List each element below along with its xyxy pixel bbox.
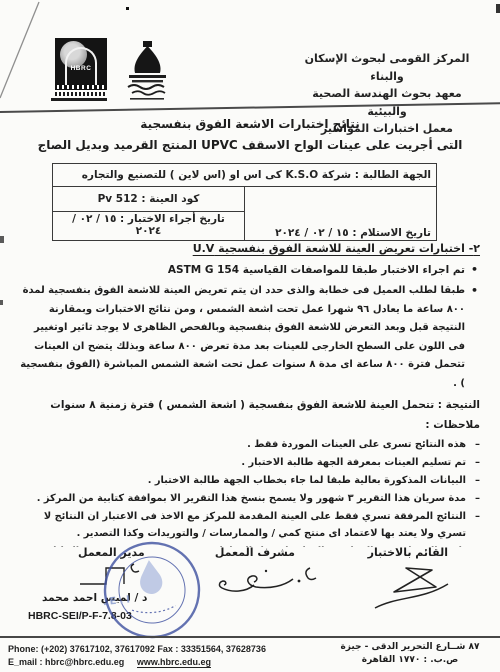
list-item: النتائج المرفقة تسري فقط على العينة المق… [18, 508, 480, 542]
sample-code-cell: كود العينة : Pv 512 [53, 187, 245, 212]
footer-address-line-2: ص.ب. : ١٧٧٠ القاهرة [330, 654, 490, 667]
list-item: مدة سريان هذا التقرير ٣ شهور ولا يسمح بن… [18, 490, 480, 507]
title-line-2: التى أجريت على عينات الواح الاسقف UPVC ا… [20, 138, 480, 152]
scan-artifact [496, 4, 500, 13]
fold-line-artifact [0, 0, 46, 102]
client-cell: الجهة الطالبة : شركة K.S.O كى اس او (اس … [53, 164, 437, 187]
examiner-signature-scribble [370, 562, 452, 614]
logo-base-bar [51, 98, 107, 101]
scan-artifact [0, 300, 3, 305]
test-date-cell: تاريخ أجراء الاختبار : ١٥ / ٠٢ / ٢٠٢٤ [53, 212, 245, 241]
result-statement: النتيجة : تتحمل العينة للاشعة الفوق بنفس… [18, 397, 480, 413]
list-item: تم تسليم العينات بمعرفة الجهة طالبة الاخ… [18, 454, 480, 471]
signatures-block: القائم بالاختبار مشرف المعمل مدير المعمل… [0, 544, 500, 636]
receive-date-cell: تاريخ الاستلام : ١٥ / ٠٢ / ٢٠٢٤ [245, 187, 437, 241]
bullet-procedure: طبقا لطلب العميل فى خطابة والذى حدد ان ي… [18, 282, 480, 393]
list-item: البيانات المذكورة بعالية طبقا لما جاء بخ… [18, 472, 480, 489]
list-item: هذه النتائج تسرى على العينات الموردة فقط… [18, 436, 480, 453]
report-title: نتائج اختبارات الاشعة الفوق بنفسجية التى… [20, 117, 480, 152]
hbrc-logo-icon: HBRC [55, 38, 107, 104]
dome-shape: HBRC [65, 47, 97, 85]
logo-base-strip [55, 92, 107, 96]
scan-artifact [0, 236, 4, 243]
uv-test-section: ٢- اختبارات تعريض العينة للاشعة الفوق بن… [18, 241, 480, 547]
stamp-center-text: S.E.I [97, 594, 134, 609]
footer-contact: Phone: (+202) 37617102, 37617092 Fax : 3… [8, 643, 266, 669]
footer-phone-line: Phone: (+202) 37617102, 37617092 Fax : 3… [8, 643, 266, 656]
section-heading: ٢- اختبارات تعريض العينة للاشعة الفوق بن… [18, 241, 480, 257]
hbrc-logo-label: HBRC [67, 65, 95, 72]
bullet-standard: تم اجراء الاختبار طبقا للمواصفات القياسي… [18, 262, 480, 278]
sei-institute-logo-icon [124, 40, 170, 102]
org-line-1: المركز القومى لبحوث الإسكان والبناء [292, 50, 482, 85]
official-stamp-seal: المركز القومى لبحوث الإسكان والبناء ٭ مع… [97, 533, 207, 647]
logo-ticks [57, 85, 105, 89]
footer-divider [0, 636, 500, 638]
footer-address: ٨٧ شــارع التحرير الدقى - جيزة ص.ب. : ١٧… [330, 641, 490, 667]
footer-website-link: www.hbrc.edu.eg [137, 657, 211, 668]
sample-info-table: الجهة الطالبة : شركة K.S.O كى اس او (اس … [52, 163, 437, 241]
notes-label: ملاحظات : [18, 417, 480, 433]
scan-dot-artifact [126, 7, 129, 10]
table-row: تاريخ الاستلام : ١٥ / ٠٢ / ٢٠٢٤ كود العي… [53, 187, 437, 212]
supervisor-title: مشرف المعمل [215, 546, 295, 559]
examiner-title: القائم بالاختبار [368, 546, 448, 559]
table-row: الجهة الطالبة : شركة K.S.O كى اس او (اس … [53, 164, 437, 187]
title-line-1: نتائج اختبارات الاشعة الفوق بنفسجية [20, 117, 480, 131]
footer-address-line-1: ٨٧ شــارع التحرير الدقى - جيزة [330, 641, 490, 654]
footer-email: E_mail : hbrc@hbrc.edu.eg [8, 657, 124, 667]
supervisor-signature-scribble [214, 562, 318, 596]
document-page: المركز القومى لبحوث الإسكان والبناء معهد… [0, 0, 500, 672]
notes-list: هذه النتائج تسرى على العينات الموردة فقط… [18, 436, 480, 547]
